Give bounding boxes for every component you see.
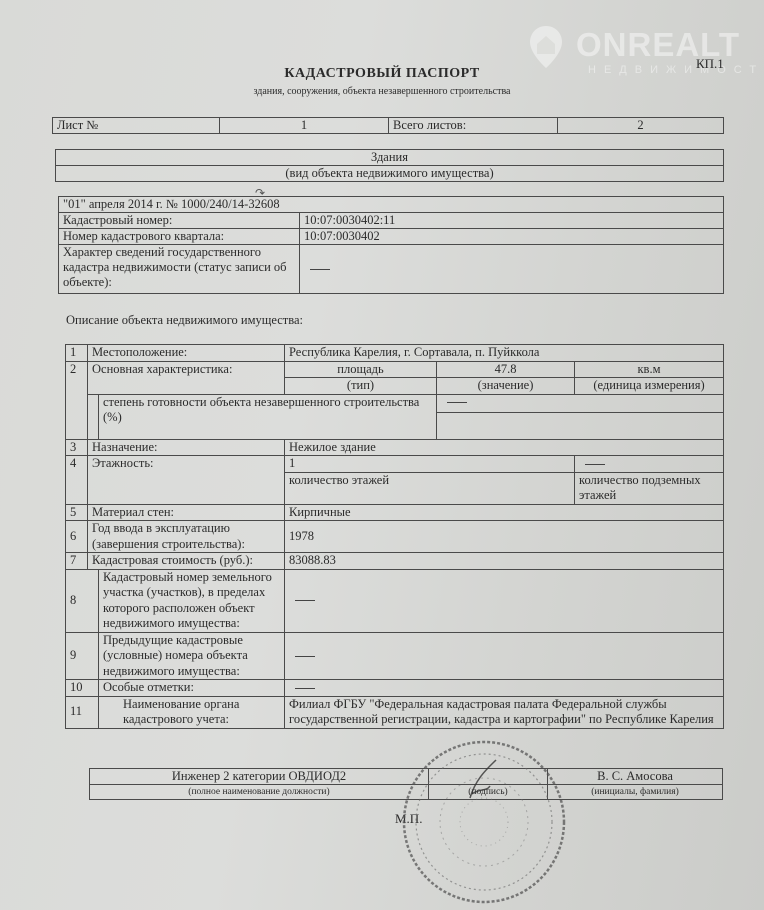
special-notes-value bbox=[285, 680, 724, 697]
row-number: 10 bbox=[66, 680, 99, 697]
cadastral-number-value: 10:07:0030402:11 bbox=[300, 213, 724, 229]
main-characteristic-label: Основная характеристика: bbox=[88, 361, 285, 394]
cadastral-value-label: Кадастровая стоимость (руб.): bbox=[88, 553, 285, 570]
document-title: КАДАСТРОВЫЙ ПАСПОРТ bbox=[0, 66, 764, 82]
underground-floors-caption: количество подземных этажей bbox=[575, 472, 724, 504]
object-type-value: Здания bbox=[56, 150, 724, 166]
previous-numbers-label: Предыдущие кадастровые (условные) номера… bbox=[99, 632, 285, 680]
land-plot-number-label: Кадастровый номер земельного участка (уч… bbox=[99, 569, 285, 632]
object-type-table: Здания (вид объекта недвижимого имуществ… bbox=[55, 149, 724, 182]
readiness-value bbox=[437, 394, 724, 412]
sheet-label: Лист № bbox=[53, 118, 220, 134]
official-name: В. С. Амосова bbox=[548, 769, 723, 785]
land-plot-number-value bbox=[285, 569, 724, 632]
characteristic-amount-value: 47.8 bbox=[437, 361, 575, 378]
total-sheets-label: Всего листов: bbox=[389, 118, 558, 134]
location-value: Республика Карелия, г. Сортавала, п. Пуй… bbox=[285, 345, 724, 362]
document-subtitle: здания, сооружения, объекта незавершенно… bbox=[0, 86, 764, 97]
wall-material-value: Кирпичные bbox=[285, 504, 724, 521]
cadastral-number-label: Кадастровый номер: bbox=[59, 213, 300, 229]
cadastral-quarter-label: Номер кадастрового квартала: bbox=[59, 229, 300, 245]
row-number: 9 bbox=[66, 632, 99, 680]
underground-floors-value bbox=[575, 456, 724, 473]
characteristic-unit-value: кв.м bbox=[575, 361, 724, 378]
commission-year-label: Год ввода в эксплуатацию (завершения стр… bbox=[88, 521, 285, 553]
row-number: 4 bbox=[66, 456, 88, 505]
record-status-label: Характер сведений государственного кадас… bbox=[59, 245, 300, 294]
commission-year-value: 1978 bbox=[285, 521, 724, 553]
purpose-value: Нежилое здание bbox=[285, 439, 724, 456]
floors-label: Этажность: bbox=[88, 456, 285, 505]
row-number: 7 bbox=[66, 553, 88, 570]
location-label: Местоположение: bbox=[88, 345, 285, 362]
row-number: 2 bbox=[66, 361, 88, 439]
registration-authority-label: Наименование органа кадастрового учета: bbox=[99, 696, 285, 728]
official-position: Инженер 2 категории ОВДИОД2 bbox=[90, 769, 429, 785]
row-number: 8 bbox=[66, 569, 99, 632]
record-status-value bbox=[300, 245, 724, 294]
passport-date-number: "01" апреля 2014 г. № 1000/240/14-32608 bbox=[59, 197, 724, 213]
amount-caption: (значение) bbox=[437, 378, 575, 395]
wall-material-label: Материал стен: bbox=[88, 504, 285, 521]
identification-table: "01" апреля 2014 г. № 1000/240/14-32608 … bbox=[58, 196, 724, 294]
previous-numbers-value bbox=[285, 632, 724, 680]
description-table: 1 Местоположение: Республика Карелия, г.… bbox=[65, 344, 724, 729]
readiness-label: степень готовности объекта незавершенног… bbox=[99, 394, 437, 439]
object-type-caption: (вид объекта недвижимого имущества) bbox=[56, 166, 724, 182]
row-number: 5 bbox=[66, 504, 88, 521]
cadastral-value-value: 83088.83 bbox=[285, 553, 724, 570]
row-number: 3 bbox=[66, 439, 88, 456]
official-seal-stamp-icon bbox=[400, 738, 568, 906]
row-number: 6 bbox=[66, 521, 88, 553]
readiness-empty bbox=[437, 412, 724, 439]
purpose-label: Назначение: bbox=[88, 439, 285, 456]
house-pin-logo-icon bbox=[528, 24, 564, 70]
description-heading: Описание объекта недвижимого имущества: bbox=[66, 313, 303, 328]
position-caption: (полное наименование должности) bbox=[90, 785, 429, 800]
row-number: 11 bbox=[66, 696, 99, 728]
sheets-table: Лист № 1 Всего листов: 2 bbox=[52, 117, 724, 134]
row-number: 1 bbox=[66, 345, 88, 362]
floors-value: 1 bbox=[285, 456, 575, 473]
characteristic-type-value: площадь bbox=[285, 361, 437, 378]
total-sheets-value: 2 bbox=[558, 118, 724, 134]
cadastral-quarter-value: 10:07:0030402 bbox=[300, 229, 724, 245]
special-notes-label: Особые отметки: bbox=[99, 680, 285, 697]
name-caption: (инициалы, фамилия) bbox=[548, 785, 723, 800]
type-caption: (тип) bbox=[285, 378, 437, 395]
registration-authority-value: Филиал ФГБУ "Федеральная кадастровая пал… bbox=[285, 696, 724, 728]
sheet-number: 1 bbox=[220, 118, 389, 134]
unit-caption: (единица измерения) bbox=[575, 378, 724, 395]
floors-caption: количество этажей bbox=[285, 472, 575, 504]
